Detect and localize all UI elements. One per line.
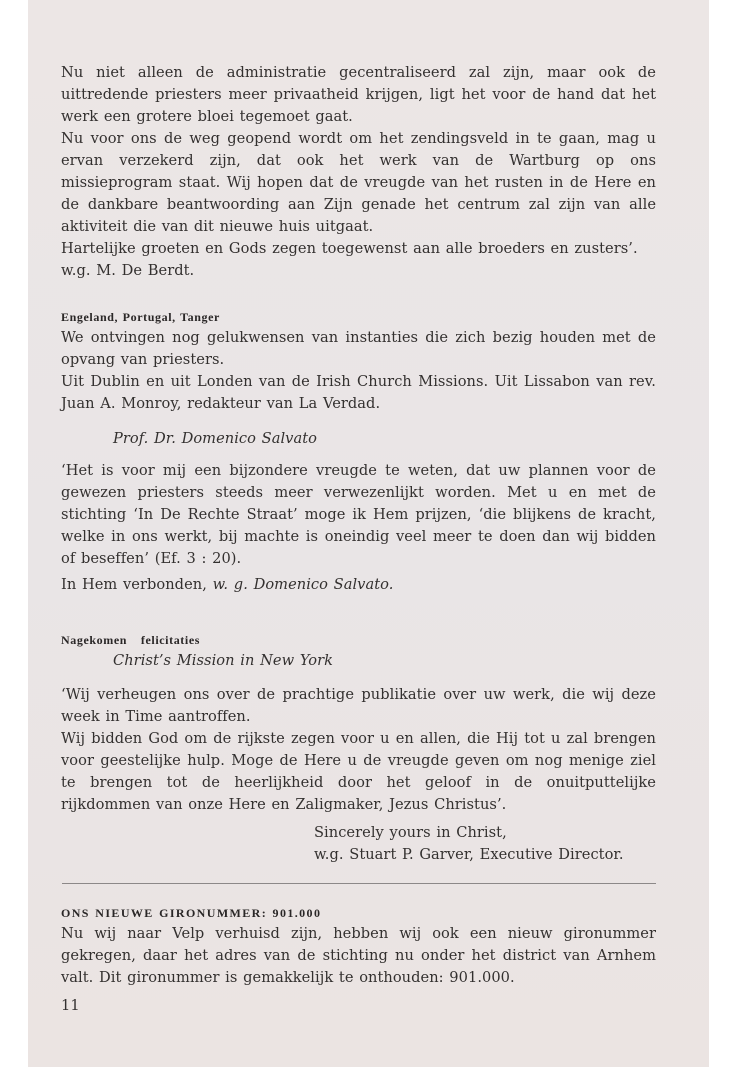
sender-name: Prof. Dr. Domenico Salvato [61, 428, 656, 450]
section-engeland: Engeland, Portugal, Tanger We ontvingen … [61, 307, 656, 415]
intro-signature: w.g. M. De Berdt. [61, 260, 656, 282]
intro-paragraph: Nu voor ons de weg geopend wordt om het … [61, 128, 656, 238]
section-giro: ONS NIEUWE GIRONUMMER: 901.000 Nu wij na… [61, 903, 656, 1017]
section-paragraph: Nu wij naar Velp verhuisd zijn, hebben w… [61, 923, 656, 989]
section-heading: Nagekomen felicitaties [61, 630, 656, 650]
signature-block: Sincerely yours in Christ, w.g. Stuart P… [61, 822, 656, 866]
signature: w.g. Stuart P. Garver, Executive Directo… [314, 844, 656, 866]
section-heading: ONS NIEUWE GIRONUMMER: 901.000 [61, 903, 656, 923]
document-page: Nu niet alleen de administratie gecentra… [28, 0, 709, 1067]
section-paragraph: Uit Dublin en uit Londen van de Irish Ch… [61, 371, 656, 415]
section-nagekomen: Nagekomen felicitaties Christ’s Mission … [61, 630, 656, 866]
letter-paragraph: ‘Wij verheugen ons over de prachtige pub… [61, 684, 656, 728]
intro-letter: Nu niet alleen de administratie gecentra… [61, 62, 656, 282]
section-salvato: Prof. Dr. Domenico Salvato ‘Het is voor … [61, 428, 656, 596]
page-number: 11 [61, 995, 656, 1017]
letter-paragraph: ‘Het is voor mij een bijzondere vreugde … [61, 460, 656, 570]
intro-paragraph: Hartelijke groeten en Gods zegen toegewe… [61, 238, 656, 260]
signature-prefix: w. g. [213, 576, 248, 593]
signature-name: Domenico Salvato. [254, 576, 394, 593]
letter-paragraph: Wij bidden God om de rijkste zegen voor … [61, 728, 656, 816]
sender-name: Christ’s Mission in New York [61, 650, 656, 672]
letter-signature: In Hem verbonden, w. g. Domenico Salvato… [61, 574, 656, 596]
section-paragraph: We ontvingen nog gelukwensen van instant… [61, 327, 656, 371]
intro-paragraph: Nu niet alleen de administratie gecentra… [61, 62, 656, 128]
closing: Sincerely yours in Christ, [314, 822, 656, 844]
closing: In Hem verbonden, [61, 576, 207, 593]
section-heading: Engeland, Portugal, Tanger [61, 307, 656, 327]
horizontal-divider [62, 883, 656, 884]
